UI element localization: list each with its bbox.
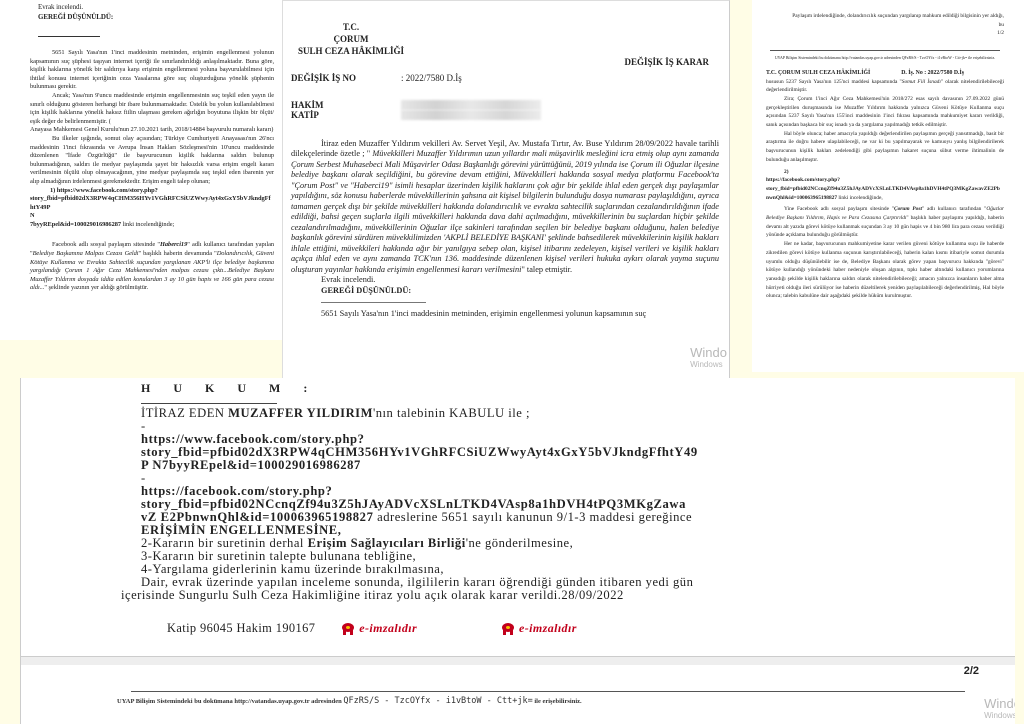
- text: " adlı kullanıcı tarafından ": [922, 206, 986, 212]
- redacted-name: [401, 100, 541, 110]
- watermark-line: Windows: [690, 360, 727, 369]
- page-number: 1/2: [766, 29, 1004, 38]
- evrak-text: Evrak incelendi.: [30, 2, 274, 12]
- quote: Belediye Başkanına Malpas Cezası Geldi: [33, 250, 139, 257]
- divider: [141, 403, 277, 404]
- document-page-right: Paylaşım irdelendiğinde, dolandırıcılık …: [752, 0, 1024, 372]
- case-number-value: : 2022/7580 D.İş: [401, 73, 462, 84]
- e-signature-label: e-imzalıdır: [359, 622, 417, 635]
- court-line: T.C.: [291, 21, 411, 33]
- paragraph: Ancak; Yasa'nın 9'uncu maddesinde erişim…: [30, 92, 274, 126]
- paragraph: hususun 5237 Sayılı Yasa'nın 125'nci mad…: [766, 78, 1004, 95]
- quote: Müvekkilleri Muzaffer Yıldırımın uzun yı…: [291, 149, 719, 274]
- facebook-link-1-cont[interactable]: story_fbid=pfbid02dX3RPW4qCHM356HYv1VGhR…: [30, 195, 274, 212]
- case-number: D. İş. No : 2022/7580 D.İş: [901, 69, 964, 78]
- paragraph: Paylaşım irdelendiğinde, dolandırıcılık …: [766, 12, 1004, 29]
- section-heading: GEREĞİ DÜŞÜNÜLDÜ:: [30, 12, 274, 22]
- signature-row: Katip 96045 Hakim 190167 e-imzalıdır e-i…: [141, 622, 1015, 635]
- text: İTİRAZ EDEN: [141, 406, 228, 420]
- document-page-bottom: H U K U M : İTİRAZ EDEN MUZAFFER YILDIRI…: [20, 378, 1015, 724]
- verification-code: QFzRS/S - TzcOYfx - i1vBtoW - Ctt+jk=: [343, 696, 532, 706]
- account-name: Haberci19: [160, 241, 187, 248]
- case-number-label: DEĞİŞİK İŞ NO: [291, 73, 401, 84]
- judge-row: HAKİM: [291, 100, 719, 111]
- uyap-footer: UYAP Bilişim Sistemindeki bu dokümana ht…: [117, 696, 582, 706]
- facebook-link-2[interactable]: https://facebook.com/story.php?: [766, 176, 1004, 185]
- text: adreslerine 5651 sayılı kanunun 9/1-3 ma…: [373, 510, 692, 524]
- redacted-name: [401, 110, 541, 120]
- divider: [38, 36, 100, 37]
- evrak-text: Evrak incelendi.: [291, 275, 719, 286]
- item-number: 2): [766, 168, 1004, 177]
- document-page-left: Evrak incelendi. GEREĞİ DÜŞÜNÜLDÜ: 5651 …: [0, 0, 282, 340]
- paragraph: Zira; Çorum 1'inci Ağır Ceza Mahkemesi'n…: [766, 95, 1004, 130]
- watermark-line: Windo: [984, 696, 1015, 711]
- text: 'nın talebinin KABULU ile ;: [373, 406, 530, 420]
- signatures: Katip 96045 Hakim 190167: [167, 622, 315, 635]
- seal-icon: [341, 623, 355, 635]
- facebook-link-1-cont[interactable]: N: [30, 212, 274, 221]
- document-page-center: T.C. ÇORUM SULH CEZA HÂKİMLİĞİ DEĞİŞİK İ…: [282, 0, 730, 379]
- court-line: SULH CEZA HÂKİMLİĞİ: [291, 45, 411, 57]
- text: 2-Kararın bir suretinin derhal: [141, 536, 308, 550]
- paragraph: 5651 Sayılı Yasa'nın 1'inci maddesinin m…: [291, 309, 719, 320]
- paragraph: Bu ilkeler ışığında, somut olay açısında…: [30, 135, 274, 187]
- paragraph: Facebook adlı sosyal paylaşım sitesinde …: [30, 241, 274, 293]
- text: Yine Facebook adlı sosyal paylaşım sites…: [784, 206, 894, 212]
- text: " şeklinde yazının yer aldığı görülmüştü…: [44, 284, 148, 291]
- e-signature-2: e-imzalıdır: [501, 622, 577, 635]
- clerk-label: KATİP: [291, 110, 401, 121]
- org-name: Erişim Sağlayıcıları Birliği: [308, 536, 466, 550]
- blocked-link-1-cont[interactable]: P N7byyREpel&id=100029016986287: [141, 459, 1015, 472]
- text: 'ne gönderilmesine,: [466, 536, 574, 550]
- facebook-link-2-cont[interactable]: story_fbid=pfbid02NCcnqZf94u3Z5hJAyADVcX…: [766, 185, 1004, 194]
- decision-title: DEĞİŞİK İŞ KARAR: [624, 57, 709, 68]
- text: hususun 5237 Sayılı Yasa'nın 125'nci mad…: [766, 79, 902, 85]
- paragraph: Hal böyle olunca; haber amacıyla yapıldı…: [766, 130, 1004, 165]
- divider: [131, 691, 965, 692]
- e-signature-label: e-imzalıdır: [519, 622, 577, 635]
- divider: [321, 302, 426, 303]
- link-id[interactable]: nwnQhl&id=100063965198827: [766, 195, 837, 201]
- clerk-row: KATİP: [291, 110, 719, 121]
- text: ile erişebilirsiniz.: [534, 698, 581, 705]
- link-id[interactable]: 7byyREpel&id=100029016986287: [30, 221, 121, 228]
- facebook-link-1-end: 7byyREpel&id=100029016986287 linki incel…: [30, 221, 274, 230]
- e-signature-1: e-imzalıdır: [341, 622, 417, 635]
- facebook-link-1[interactable]: 1) https://www.facebook.com/story.php?: [30, 187, 274, 196]
- seal-icon: [501, 623, 515, 635]
- windows-watermark: Windo Windows: [690, 345, 727, 369]
- page-header: T.C. ÇORUM SULH CEZA HÂKİMLİĞİ D. İş. No…: [766, 69, 1004, 78]
- account-name: Çorum Post: [894, 206, 922, 212]
- divider: [770, 50, 1000, 51]
- petitioner-name: MUZAFFER YILDIRIM: [228, 406, 373, 420]
- text: Facebook adlı sosyal paylaşım sitesinde …: [52, 241, 160, 248]
- text: " talep etmiştir.: [521, 265, 572, 274]
- court-line: ÇORUM: [291, 33, 411, 45]
- case-number-row: DEĞİŞİK İŞ NO : 2022/7580 D.İş: [291, 73, 719, 84]
- quote: Somut Fiil İsnadı: [902, 79, 941, 85]
- watermark-line: Windo: [690, 345, 727, 360]
- judge-label: HAKİM: [291, 100, 401, 111]
- verdict-heading: H U K U M :: [141, 382, 1015, 395]
- text: " başlıklı haberin devamında ": [139, 250, 217, 257]
- court-header: T.C. ÇORUM SULH CEZA HÂKİMLİĞİ: [291, 21, 411, 57]
- page-number: 2/2: [964, 665, 979, 677]
- facebook-link-2-end: nwnQhl&id=100063965198827 linki incelend…: [766, 194, 1004, 203]
- final-paragraph: içerisinde Sungurlu Sulh Ceza Hakimliğin…: [121, 589, 1015, 602]
- link-suffix: linki incelendiğinde,: [837, 195, 883, 201]
- link-text[interactable]: vZ E2PbnwnQhl&id=100063965198827: [141, 510, 373, 524]
- court-name: T.C. ÇORUM SULH CEZA HÂKİMLİĞİ: [766, 69, 870, 78]
- link-suffix: linki incelendiğinde;: [121, 221, 174, 228]
- uyap-footer: UYAP Bilişim Sistemindeki bu dokümana ht…: [766, 54, 1004, 63]
- watermark-line: Windows: [984, 711, 1015, 720]
- petition-summary: İtiraz eden Muzaffer Yıldırım vekilleri …: [291, 139, 719, 276]
- verdict-line: İTİRAZ EDEN MUZAFFER YILDIRIM'nın talebi…: [141, 407, 1015, 420]
- windows-watermark: Windo Windows: [984, 696, 1015, 720]
- paragraph: Yine Facebook adlı sosyal paylaşım sites…: [766, 205, 1004, 240]
- text: UYAP Bilişim Sistemindeki bu dokümana ht…: [117, 698, 342, 705]
- paragraph: Her ne kadar, başvurucunun mahkumiyetine…: [766, 240, 1004, 301]
- paragraph: Anayasa Mahkemesi Genel Kurulu'nun 27.10…: [30, 126, 274, 135]
- page-break: [21, 656, 1015, 665]
- paragraph: 5651 Sayılı Yasa'nın 1'inci maddesinin m…: [30, 49, 274, 92]
- section-heading: GEREĞİ DÜŞÜNÜLDÜ:: [291, 286, 719, 297]
